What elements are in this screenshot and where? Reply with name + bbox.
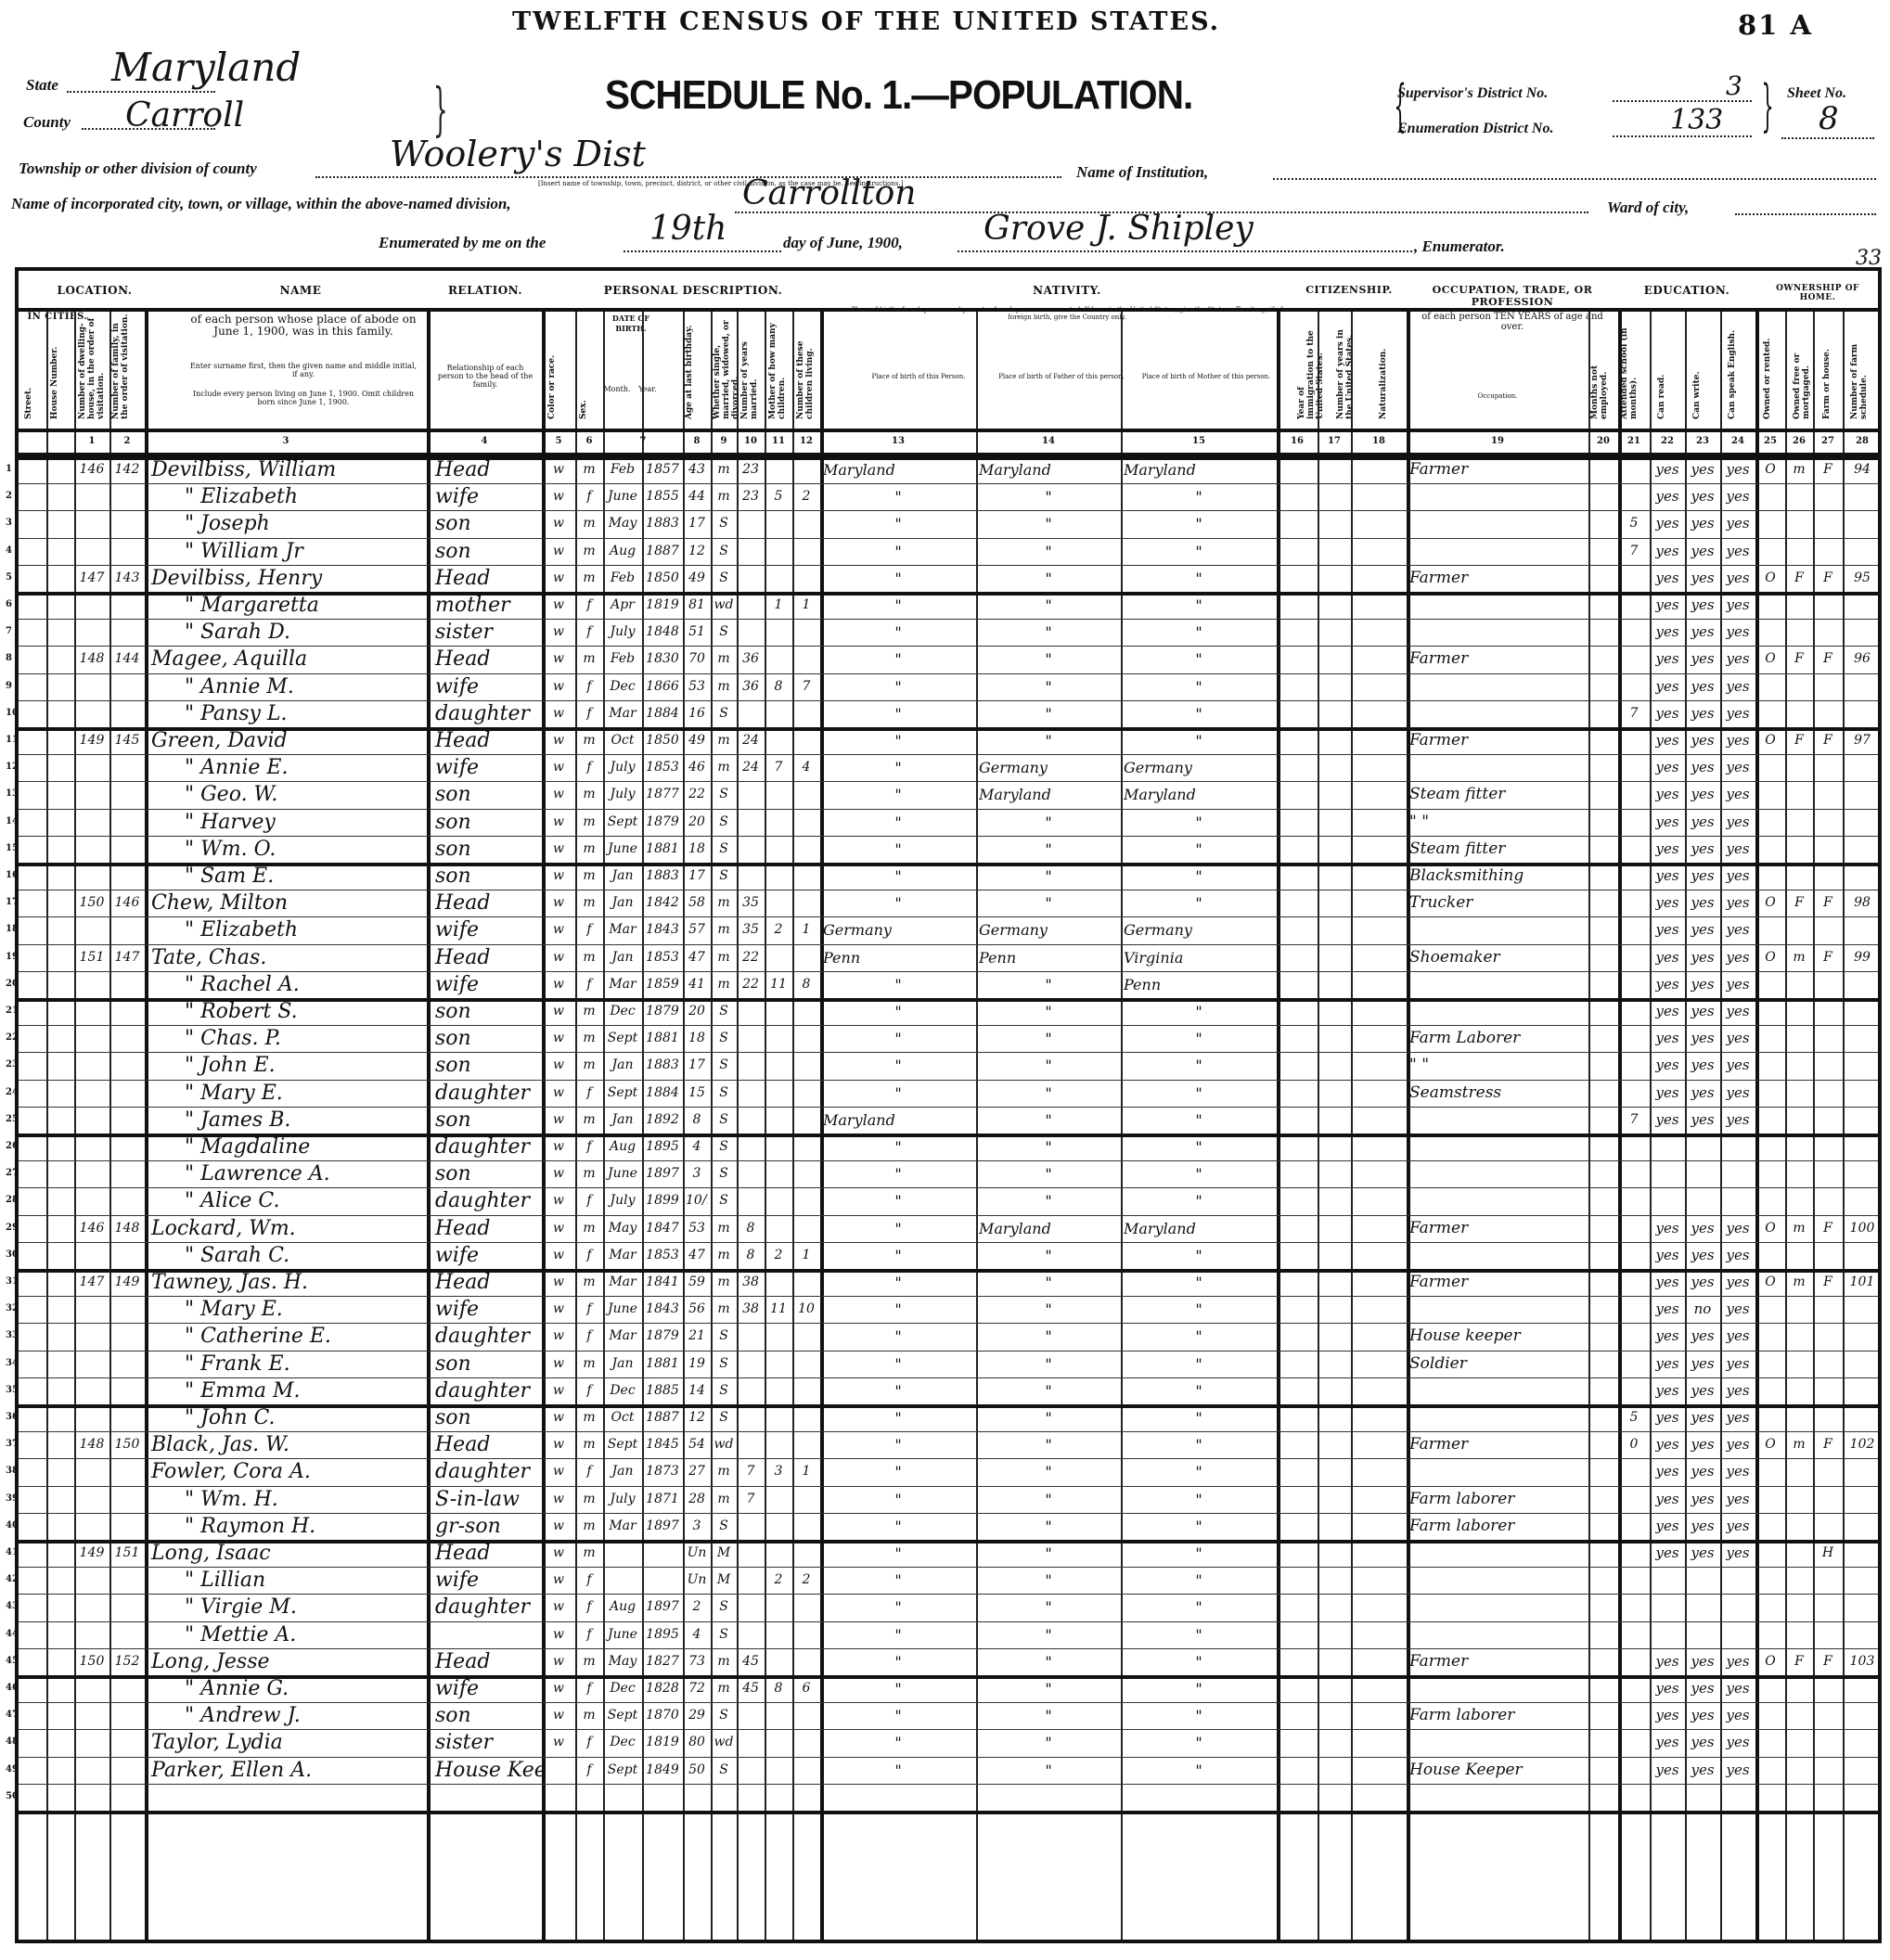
cell-occ: Farm laborer bbox=[1409, 1486, 1586, 1513]
cell-age: 17 bbox=[686, 510, 708, 537]
cell-fs bbox=[1845, 592, 1879, 619]
cell-year: 1884 bbox=[645, 1080, 680, 1107]
cell-cl bbox=[795, 1323, 817, 1350]
cell-bp: " bbox=[823, 1215, 973, 1242]
cell-cl bbox=[795, 809, 817, 836]
cell-month: Mar bbox=[606, 1242, 639, 1269]
cell-own bbox=[1758, 1404, 1782, 1431]
cell-year: 1845 bbox=[645, 1431, 680, 1458]
cell-mar: wd bbox=[714, 592, 734, 619]
can-write-header: Can write. bbox=[1692, 345, 1702, 419]
cell-sch: 5 bbox=[1621, 510, 1647, 537]
cell-ym: 35 bbox=[739, 890, 762, 916]
cell-own bbox=[1758, 1107, 1782, 1134]
cell-bp: " bbox=[823, 727, 973, 754]
cell-bp: " bbox=[823, 971, 973, 998]
cell-fam: 151 bbox=[112, 1540, 142, 1567]
cell-own bbox=[1758, 1025, 1782, 1052]
cell-name: " Mary E. bbox=[148, 1296, 461, 1323]
cell-own: O bbox=[1758, 565, 1782, 592]
cell-cl bbox=[795, 1431, 817, 1458]
cell-bf: " bbox=[979, 646, 1118, 673]
cell-bm: Maryland bbox=[1124, 781, 1274, 808]
cell-rd bbox=[1652, 1567, 1682, 1594]
cell-name: " Annie M. bbox=[148, 673, 461, 700]
cell-fm: m bbox=[1788, 456, 1810, 483]
cell-month: Aug bbox=[606, 1134, 639, 1160]
cell-wr: yes bbox=[1688, 538, 1717, 565]
cell-own bbox=[1758, 1784, 1782, 1811]
cell-bp: " bbox=[823, 565, 973, 592]
cell-age: 28 bbox=[686, 1486, 708, 1513]
cell-bp: " bbox=[823, 754, 973, 781]
row-number: 32 bbox=[6, 1303, 17, 1313]
cell-own bbox=[1758, 673, 1782, 700]
cell-age: 56 bbox=[686, 1296, 708, 1323]
cell-fs bbox=[1845, 1080, 1879, 1107]
cell-moc bbox=[767, 1080, 790, 1107]
cell-mu bbox=[1591, 456, 1615, 483]
cell-age: 18 bbox=[686, 1025, 708, 1052]
cell-rel: son bbox=[430, 781, 545, 808]
cell-rel bbox=[430, 1621, 545, 1648]
cell-color: w bbox=[545, 1458, 572, 1485]
cell-fh bbox=[1816, 863, 1840, 890]
cell-rd: yes bbox=[1652, 1052, 1682, 1079]
cell-wr: yes bbox=[1688, 1404, 1717, 1431]
cell-color: w bbox=[545, 890, 572, 916]
cell-ym: 22 bbox=[739, 971, 762, 998]
cell-cl bbox=[795, 944, 817, 971]
cell-mu bbox=[1591, 971, 1615, 998]
cell-year: 1843 bbox=[645, 1296, 680, 1323]
cell-fs bbox=[1845, 1296, 1879, 1323]
cell-fam bbox=[112, 1107, 142, 1134]
cell-rd: yes bbox=[1652, 781, 1682, 808]
row-number: 33 bbox=[6, 1330, 17, 1340]
row-number: 50 bbox=[6, 1791, 17, 1801]
cell-sex: f bbox=[578, 619, 600, 646]
cell-moc bbox=[767, 1648, 790, 1675]
row-number: 9 bbox=[6, 681, 17, 691]
cell-name: " Elizabeth bbox=[148, 483, 461, 510]
cell-mu bbox=[1591, 1160, 1615, 1187]
cell-wr: yes bbox=[1688, 1025, 1717, 1052]
cell-wr: yes bbox=[1688, 1107, 1717, 1134]
cell-wr: yes bbox=[1688, 1377, 1717, 1404]
cell-year: 1883 bbox=[645, 510, 680, 537]
cell-occ: Steam fitter bbox=[1409, 836, 1586, 863]
cell-month: Dec bbox=[606, 1675, 639, 1702]
cell-fs bbox=[1845, 1458, 1879, 1485]
cell-rd: yes bbox=[1652, 754, 1682, 781]
cell-sex: f bbox=[578, 483, 600, 510]
cell-own bbox=[1758, 1080, 1782, 1107]
cell-mar: S bbox=[714, 809, 734, 836]
enumerated-suffix: day of June, 1900, bbox=[783, 234, 903, 252]
cell-fh: F bbox=[1816, 646, 1840, 673]
cell-bm: Maryland bbox=[1124, 1215, 1274, 1242]
cell-dw bbox=[77, 1052, 107, 1079]
cell-sex: m bbox=[578, 1404, 600, 1431]
cell-moc: 2 bbox=[767, 1567, 790, 1594]
cell-fh bbox=[1816, 1594, 1840, 1621]
cell-bp: " bbox=[823, 809, 973, 836]
cell-color: w bbox=[545, 1296, 572, 1323]
cell-bp: " bbox=[823, 510, 973, 537]
cell-wr bbox=[1688, 1160, 1717, 1187]
cell-year: 1819 bbox=[645, 592, 680, 619]
cell-sp: yes bbox=[1723, 673, 1753, 700]
cell-rel: S-in-law bbox=[430, 1486, 545, 1513]
cell-color: w bbox=[545, 1134, 572, 1160]
cell-fm bbox=[1788, 1107, 1810, 1134]
row-number: 37 bbox=[6, 1439, 17, 1449]
cell-fm bbox=[1788, 1404, 1810, 1431]
cell-cl: 2 bbox=[795, 483, 817, 510]
cell-mu bbox=[1591, 483, 1615, 510]
cell-fh: F bbox=[1816, 1215, 1840, 1242]
cell-sex: f bbox=[578, 1675, 600, 1702]
cell-ym bbox=[739, 1107, 762, 1134]
enumerated-prefix: Enumerated by me on the bbox=[379, 234, 546, 252]
cell-month: May bbox=[606, 1648, 639, 1675]
census-table: LOCATION. IN CITIES. NAME RELATION. PERS… bbox=[15, 267, 1882, 1943]
cell-wr: yes bbox=[1688, 1242, 1717, 1269]
cell-occ: " " bbox=[1409, 809, 1586, 836]
row-number: 22 bbox=[6, 1032, 17, 1043]
cell-sch bbox=[1621, 1160, 1647, 1187]
cell-mu bbox=[1591, 1513, 1615, 1540]
cell-mar: S bbox=[714, 1025, 734, 1052]
column-number-13: 13 bbox=[820, 436, 976, 446]
cell-bm: " bbox=[1124, 890, 1274, 916]
cell-sp: yes bbox=[1723, 1296, 1753, 1323]
cell-ym bbox=[739, 1134, 762, 1160]
cell-moc bbox=[767, 781, 790, 808]
immigration-header: Year of immigration to the United States… bbox=[1297, 327, 1319, 419]
cell-mu bbox=[1591, 890, 1615, 916]
row-number: 3 bbox=[6, 518, 17, 528]
cell-sex: m bbox=[578, 890, 600, 916]
cell-sp: yes bbox=[1723, 483, 1753, 510]
cell-cl bbox=[795, 1648, 817, 1675]
cell-bf: " bbox=[979, 971, 1118, 998]
cell-mar: m bbox=[714, 1648, 734, 1675]
cell-cl bbox=[795, 1187, 817, 1214]
cell-fh: F bbox=[1816, 890, 1840, 916]
cell-age: 51 bbox=[686, 619, 708, 646]
cell-occ: Farm laborer bbox=[1409, 1513, 1586, 1540]
supervisor-label: Supervisor's District No. bbox=[1397, 85, 1548, 102]
cell-bf: " bbox=[979, 1594, 1118, 1621]
cell-bm: " bbox=[1124, 646, 1274, 673]
row-number: 7 bbox=[6, 626, 17, 636]
cell-mu bbox=[1591, 1215, 1615, 1242]
cell-sex: f bbox=[578, 916, 600, 943]
cell-fs bbox=[1845, 1134, 1879, 1160]
cell-rel: daughter bbox=[430, 1080, 545, 1107]
row-number: 34 bbox=[6, 1358, 17, 1368]
cell-bp: " bbox=[823, 1729, 973, 1756]
cell-sp: yes bbox=[1723, 646, 1753, 673]
cell-year: 1828 bbox=[645, 1675, 680, 1702]
cell-own: O bbox=[1758, 1648, 1782, 1675]
cell-month: Mar bbox=[606, 916, 639, 943]
cell-year: 1842 bbox=[645, 890, 680, 916]
cell-month: Jan bbox=[606, 1458, 639, 1485]
supervisor-value: 3 bbox=[1726, 70, 1742, 101]
cell-color: w bbox=[545, 1567, 572, 1594]
cell-dw: 148 bbox=[77, 646, 107, 673]
cell-moc: 1 bbox=[767, 592, 790, 619]
cell-mu bbox=[1591, 565, 1615, 592]
month-label: Month. bbox=[603, 384, 631, 394]
cell-color: w bbox=[545, 971, 572, 998]
cell-moc bbox=[767, 1323, 790, 1350]
birthplace-mother-label: Place of birth of Mother of this person. bbox=[1141, 373, 1271, 380]
cell-name: " Wm. H. bbox=[148, 1486, 461, 1513]
cell-month: June bbox=[606, 483, 639, 510]
cell-bp: " bbox=[823, 1351, 973, 1377]
cell-rel: son bbox=[430, 1107, 545, 1134]
cell-rd: yes bbox=[1652, 1431, 1682, 1458]
cell-age: 49 bbox=[686, 727, 708, 754]
cell-rel: daughter bbox=[430, 1323, 545, 1350]
cell-fam: 142 bbox=[112, 456, 142, 483]
cell-mar: m bbox=[714, 456, 734, 483]
cell-wr: yes bbox=[1688, 1486, 1717, 1513]
cell-fs bbox=[1845, 836, 1879, 863]
cell-age: 14 bbox=[686, 1377, 708, 1404]
cell-wr: yes bbox=[1688, 1540, 1717, 1567]
cell-year: 1879 bbox=[645, 1323, 680, 1350]
owned-rented-header: Owned or rented. bbox=[1763, 317, 1772, 419]
cell-fam bbox=[112, 1594, 142, 1621]
cell-sex: f bbox=[578, 1757, 600, 1784]
cell-moc bbox=[767, 1702, 790, 1729]
row-number: 38 bbox=[6, 1466, 17, 1476]
cell-age: 57 bbox=[686, 916, 708, 943]
cell-mar: m bbox=[714, 1675, 734, 1702]
cell-rel: daughter bbox=[430, 700, 545, 727]
cell-fs: 102 bbox=[1845, 1431, 1879, 1458]
cell-sex: f bbox=[578, 1296, 600, 1323]
cell-own bbox=[1758, 863, 1782, 890]
cell-sch bbox=[1621, 592, 1647, 619]
cell-name: " Alice C. bbox=[148, 1187, 461, 1214]
cell-age: 2 bbox=[686, 1594, 708, 1621]
cell-fh bbox=[1816, 1107, 1840, 1134]
cell-sex: m bbox=[578, 565, 600, 592]
cell-ym bbox=[739, 538, 762, 565]
cell-mu bbox=[1591, 1648, 1615, 1675]
cell-ym: 7 bbox=[739, 1458, 762, 1485]
cell-rd bbox=[1652, 1134, 1682, 1160]
cell-year: 1879 bbox=[645, 998, 680, 1025]
cell-fm bbox=[1788, 863, 1810, 890]
cell-own bbox=[1758, 1513, 1782, 1540]
cell-mu bbox=[1591, 727, 1615, 754]
cell-sch bbox=[1621, 1594, 1647, 1621]
cell-fh: H bbox=[1816, 1540, 1840, 1567]
cell-sex: m bbox=[578, 1702, 600, 1729]
row-number: 31 bbox=[6, 1276, 17, 1287]
cell-fh bbox=[1816, 1080, 1840, 1107]
naturalization-header: Naturalization. bbox=[1379, 327, 1388, 419]
cell-bf: Germany bbox=[979, 916, 1118, 943]
cell-year bbox=[645, 1784, 680, 1811]
cell-sp: yes bbox=[1723, 1025, 1753, 1052]
cell-fh bbox=[1816, 1567, 1840, 1594]
cell-mu bbox=[1591, 1540, 1615, 1567]
cell-rd: yes bbox=[1652, 1080, 1682, 1107]
cell-bp: " bbox=[823, 998, 973, 1025]
cell-sch bbox=[1621, 754, 1647, 781]
cell-dw bbox=[77, 836, 107, 863]
cell-rd: yes bbox=[1652, 1757, 1682, 1784]
cell-fm bbox=[1788, 809, 1810, 836]
cell-color: w bbox=[545, 1648, 572, 1675]
cell-bf: " bbox=[979, 619, 1118, 646]
column-number-26: 26 bbox=[1785, 436, 1813, 446]
cell-mu bbox=[1591, 998, 1615, 1025]
cell-sp: yes bbox=[1723, 754, 1753, 781]
cell-year: 1881 bbox=[645, 1351, 680, 1377]
cell-bm: " bbox=[1124, 836, 1274, 863]
cell-fh: F bbox=[1816, 456, 1840, 483]
row-number: 20 bbox=[6, 979, 17, 989]
cell-dw bbox=[77, 1784, 107, 1811]
cell-sch: 0 bbox=[1621, 1431, 1647, 1458]
cell-fs bbox=[1845, 1513, 1879, 1540]
cell-bf: Maryland bbox=[979, 1215, 1118, 1242]
cell-fs bbox=[1845, 1729, 1879, 1756]
cell-cl: 10 bbox=[795, 1296, 817, 1323]
birthplace-father-label: Place of birth of Father of this person. bbox=[996, 373, 1126, 380]
cell-bf: Maryland bbox=[979, 456, 1118, 483]
cell-year: 1847 bbox=[645, 1215, 680, 1242]
cell-month: Feb bbox=[606, 646, 639, 673]
cell-bp: " bbox=[823, 1540, 973, 1567]
cell-mar: m bbox=[714, 1296, 734, 1323]
cell-color: w bbox=[545, 1351, 572, 1377]
cell-name: Parker, Ellen A. bbox=[148, 1757, 428, 1784]
row-number: 47 bbox=[6, 1710, 17, 1720]
cell-sex: m bbox=[578, 727, 600, 754]
cell-sch bbox=[1621, 944, 1647, 971]
cell-fs bbox=[1845, 1351, 1879, 1377]
cell-ym: 8 bbox=[739, 1242, 762, 1269]
cell-own bbox=[1758, 1323, 1782, 1350]
cell-color: w bbox=[545, 1729, 572, 1756]
cell-month: Jan bbox=[606, 1107, 639, 1134]
cell-ym: 24 bbox=[739, 727, 762, 754]
cell-fh: F bbox=[1816, 1648, 1840, 1675]
cell-age: 4 bbox=[686, 1134, 708, 1160]
cell-name: " Raymon H. bbox=[148, 1513, 461, 1540]
cell-month: Jan bbox=[606, 890, 639, 916]
cell-moc bbox=[767, 565, 790, 592]
cell-bp: " bbox=[823, 1323, 973, 1350]
cell-bm: " bbox=[1124, 1242, 1274, 1269]
cell-sp: yes bbox=[1723, 944, 1753, 971]
cell-dw bbox=[77, 1513, 107, 1540]
cell-own bbox=[1758, 1052, 1782, 1079]
column-number-14: 14 bbox=[976, 436, 1121, 446]
cell-year: 1850 bbox=[645, 727, 680, 754]
cell-year: 1853 bbox=[645, 944, 680, 971]
cell-month: Apr bbox=[606, 592, 639, 619]
cell-wr: yes bbox=[1688, 971, 1717, 998]
cell-wr: yes bbox=[1688, 863, 1717, 890]
cell-ym: 8 bbox=[739, 1215, 762, 1242]
cell-occ bbox=[1409, 592, 1586, 619]
cell-bm: " bbox=[1124, 1458, 1274, 1485]
cell-cl bbox=[795, 1702, 817, 1729]
row-number: 49 bbox=[6, 1764, 17, 1774]
cell-color: w bbox=[545, 1675, 572, 1702]
cell-age: 10/12 bbox=[686, 1187, 708, 1214]
cell-mar: S bbox=[714, 1080, 734, 1107]
cell-age: 47 bbox=[686, 1242, 708, 1269]
cell-occ: Farmer bbox=[1409, 1215, 1586, 1242]
cell-bp: " bbox=[823, 1648, 973, 1675]
cell-name: " Mettie A. bbox=[148, 1621, 461, 1648]
cell-rel: gr-son bbox=[430, 1513, 545, 1540]
cell-bm: " bbox=[1124, 592, 1274, 619]
cell-wr: yes bbox=[1688, 483, 1717, 510]
cell-cl bbox=[795, 1107, 817, 1134]
cell-rel: son bbox=[430, 538, 545, 565]
cell-sp bbox=[1723, 1621, 1753, 1648]
row-number: 19 bbox=[6, 952, 17, 962]
cell-cl: 8 bbox=[795, 971, 817, 998]
cell-fs bbox=[1845, 1784, 1879, 1811]
cell-bm: " bbox=[1124, 619, 1274, 646]
cell-year: 1849 bbox=[645, 1757, 680, 1784]
cell-rel: wife bbox=[430, 916, 545, 943]
cell-own bbox=[1758, 1675, 1782, 1702]
cell-rel: wife bbox=[430, 483, 545, 510]
cell-bm: " bbox=[1124, 1567, 1274, 1594]
cell-bm: Virginia bbox=[1124, 944, 1274, 971]
cell-wr: yes bbox=[1688, 1513, 1717, 1540]
cell-fam bbox=[112, 1025, 142, 1052]
cell-ym bbox=[739, 1025, 762, 1052]
cell-mu bbox=[1591, 700, 1615, 727]
cell-bp: " bbox=[823, 1757, 973, 1784]
cell-rd: yes bbox=[1652, 916, 1682, 943]
cell-color: w bbox=[545, 565, 572, 592]
cell-age: 58 bbox=[686, 890, 708, 916]
cell-sp: yes bbox=[1723, 1377, 1753, 1404]
cell-sex: m bbox=[578, 944, 600, 971]
cell-sch bbox=[1621, 1729, 1647, 1756]
cell-sp: yes bbox=[1723, 998, 1753, 1025]
cell-sp bbox=[1723, 1160, 1753, 1187]
cell-mu bbox=[1591, 646, 1615, 673]
cell-bm: " bbox=[1124, 1269, 1274, 1296]
cell-rel: son bbox=[430, 1351, 545, 1377]
free-mortgaged-header: Owned free or mortgaged. bbox=[1793, 308, 1811, 419]
cell-bm: " bbox=[1124, 538, 1274, 565]
cell-month: Sept bbox=[606, 1431, 639, 1458]
cell-age: 20 bbox=[686, 809, 708, 836]
cell-ym: 38 bbox=[739, 1269, 762, 1296]
can-read-header: Can read. bbox=[1657, 345, 1666, 419]
cell-ym bbox=[739, 836, 762, 863]
